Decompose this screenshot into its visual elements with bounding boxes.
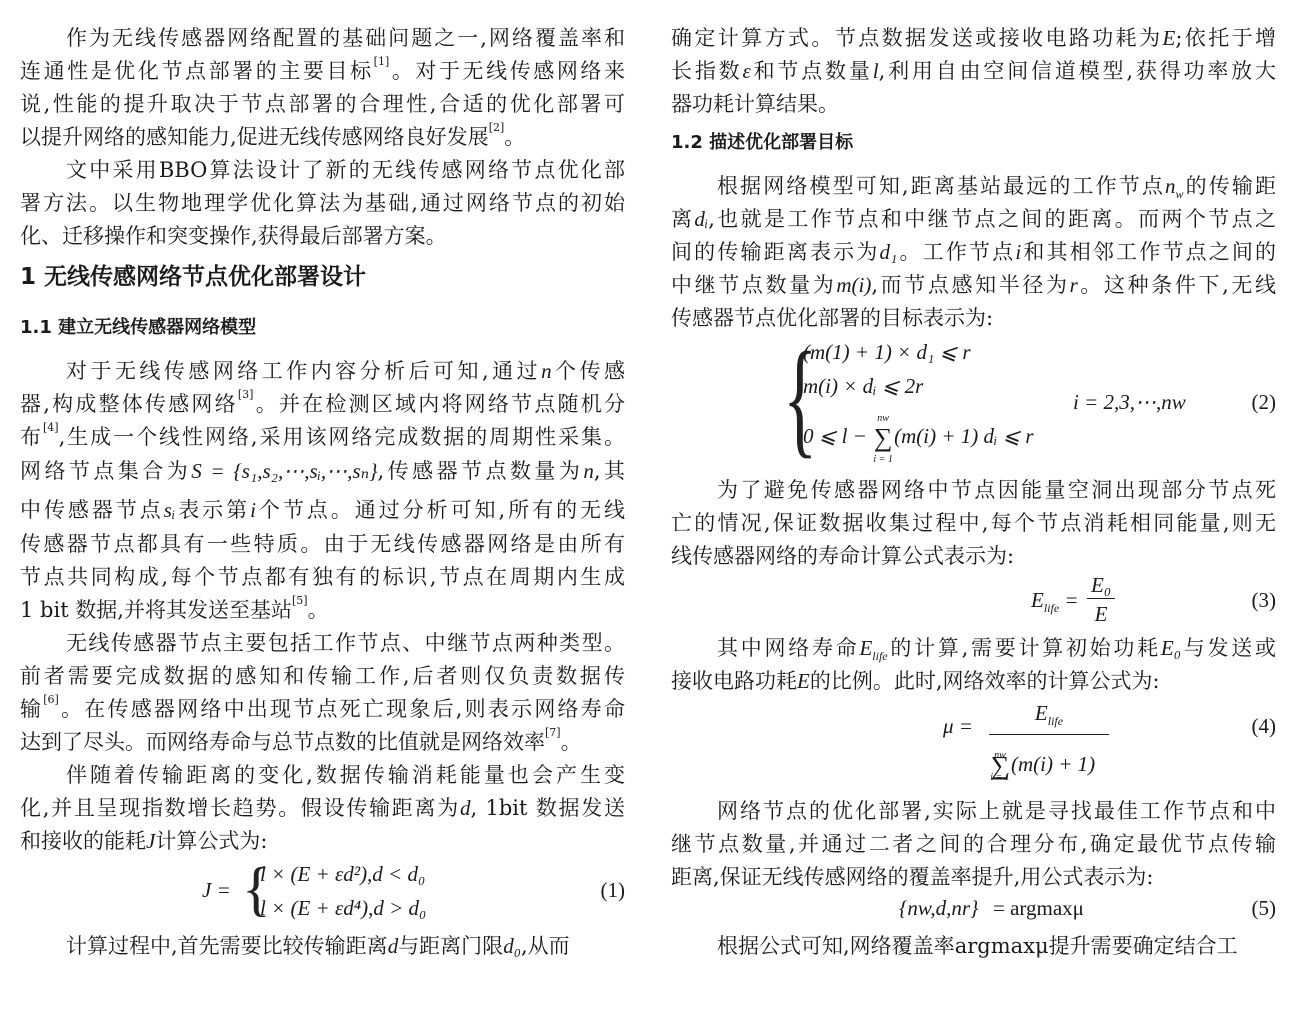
citation-6[interactable]: [6] — [43, 693, 59, 706]
intro-para-1-line-3: 说,性能的提升取决于节点部署的合理性,合适的优化部署可 — [20, 88, 625, 121]
para-1-2-c-line-1: 其中网络寿命Elife的计算,需要计算初始功耗E₀与发送或 — [671, 632, 1276, 665]
para-1-1-a-line-4: 网络节点集合为S = {s₁,s₂,⋯,sᵢ,⋯,sₙ},传感器节点数量为n,其 — [20, 455, 625, 488]
equation-2-row-1: (m(1) + 1) × d₁ ⩽ r — [803, 340, 971, 365]
intro-para-1-line-2: 连通性是优化节点部署的主要目标[1]。对于无线传感网络来 — [20, 55, 625, 88]
section-1-heading: 1 无线传感网络节点优化部署设计 — [20, 261, 366, 293]
citation-1[interactable]: [1] — [374, 55, 390, 68]
equation-5-number: (5) — [1252, 896, 1277, 921]
intro-para-2-line-3: 化、迁移操作和突变操作,获得最后部署方案。 — [20, 220, 625, 253]
para-1-2-d-line-3: 距离,保证无线传感网络的覆盖率提升,用公式表示为: — [671, 861, 1276, 894]
citation-4[interactable]: [4] — [43, 421, 59, 434]
para-1-2-a-line-3: 间的传输距离表示为d₁。工作节点i和其相邻工作节点之间的 — [671, 236, 1276, 269]
intro-para-2-line-1: 文中采用BBO算法设计了新的无线传感网络节点优化部 — [20, 154, 625, 187]
summation-icon: nw∑i = 1 — [872, 425, 894, 451]
para-1-1-b-line-1: 无线传感器节点主要包括工作节点、中继节点两种类型。 — [20, 627, 625, 660]
para-cont-line-2: 长指数ε和节点数量l,利用自由空间信道模型,获得功率放大 — [671, 55, 1276, 88]
equation-3-number: (3) — [1252, 588, 1277, 613]
intro-para-1-line-4: 以提升网络的感知能力,促进无线传感网络良好发展[2]。 — [20, 121, 625, 154]
para-1-1-a-line-7: 节点共同构成,每个节点都有独有的标识,节点在周期内生成 — [20, 561, 625, 594]
citation-7[interactable]: [7] — [545, 726, 561, 739]
equation-3-lhs: Elife = — [1031, 588, 1079, 616]
para-1-1-b-line-2: 前者需要完成数据的感知和传输工作,后者则仅负责数据传 — [20, 660, 625, 693]
equation-2-number: (2) — [1252, 390, 1277, 415]
equation-3: Elife = E₀E (3) — [671, 572, 1276, 632]
para-1-1-b-line-3: 输[6]。在传感器网络中出现节点死亡现象后,则表示网络寿命 — [20, 693, 625, 726]
equation-2: { (m(1) + 1) × d₁ ⩽ r m(i) × dᵢ ⩽ 2r 0 ⩽… — [671, 336, 1276, 471]
para-1-1-d-line-1: 计算过程中,首先需要比较传输距离d与距离门限d₀,从而 — [20, 930, 625, 963]
equation-2-row-2: m(i) × dᵢ ⩽ 2r — [803, 374, 923, 399]
equation-4-fraction: Elife nw∑i = 1(m(i) + 1) — [989, 700, 1109, 779]
equation-5: {nw,d,nr} = argmaxμ (5) — [671, 894, 1276, 930]
para-1-1-c-line-1: 伴随着传输距离的变化,数据传输消耗能量也会产生变 — [20, 759, 625, 792]
para-1-2-b-line-2: 亡的情况,保证数据收集过程中,每个节点消耗相同能量,则无 — [671, 507, 1276, 540]
section-1-2-heading: 1.2 描述优化部署目标 — [671, 129, 853, 157]
equation-4: μ = Elife nw∑i = 1(m(i) + 1) (4) — [671, 700, 1276, 790]
equation-1: J = { l × (E + εd²),d < d₀ l × (E + εd⁴)… — [20, 858, 625, 928]
equation-2-row-3: 0 ⩽ l − nw∑i = 1(m(i) + 1) dᵢ ⩽ r — [803, 424, 1034, 451]
para-cont-line-3: 器功耗计算结果。 — [671, 88, 1276, 121]
para-1-1-a-line-2: 器,构成整体传感网络[3]。并在检测区域内将网络节点随机分 — [20, 388, 625, 421]
para-1-2-d-line-1: 网络节点的优化部署,实际上就是寻找最佳工作节点和中 — [671, 795, 1276, 828]
set-formula: S = {s₁,s₂,⋯,sᵢ,⋯,sₙ} — [191, 459, 377, 483]
para-1-2-a-line-2: 离dᵢ,也就是工作节点和中继节点之间的距离。而两个节点之 — [671, 203, 1276, 236]
equation-5-lhs: {nw,d,nr} — [899, 896, 978, 921]
equation-4-lhs: μ = — [943, 714, 973, 739]
equation-2-condition: i = 2,3,⋯,nw — [1073, 390, 1186, 415]
equation-4-number: (4) — [1252, 714, 1277, 739]
para-1-1-a-line-1: 对于无线传感网络工作内容分析后可知,通过n个传感 — [20, 355, 625, 388]
intro-para-2-line-2: 署方法。以生物地理学优化算法为基础,通过网络节点的初始 — [20, 187, 625, 220]
equation-1-number: (1) — [601, 878, 626, 903]
equation-5-rhs: = argmaxμ — [993, 896, 1084, 921]
para-1-1-a-line-5: 中传感器节点sᵢ表示第i个节点。通过分析可知,所有的无线 — [20, 494, 625, 527]
equation-1-case-2: l × (E + εd⁴),d > d₀ — [260, 896, 426, 921]
para-1-1-a-line-3: 布[4],生成一个线性网络,采用该网络完成数据的周期性采集。 — [20, 421, 625, 454]
para-1-2-a-line-5: 传感器节点优化部署的目标表示为: — [671, 302, 1276, 335]
para-1-2-a-line-4: 中继节点数量为m(i),而节点感知半径为r。这种条件下,无线 — [671, 269, 1276, 302]
equation-3-fraction: E₀E — [1087, 572, 1115, 629]
citation-3[interactable]: [3] — [238, 388, 254, 401]
citation-5[interactable]: [5] — [292, 594, 308, 607]
section-1-1-heading: 1.1 建立无线传感器网络模型 — [20, 314, 256, 342]
para-1-1-a-line-6: 传感器节点都具有一些特质。由于无线传感器网络是由所有 — [20, 528, 625, 561]
para-1-1-a-line-8: 1 bit 数据,并将其发送至基站[5]。 — [20, 594, 625, 627]
para-1-2-e-line-1: 根据公式可知,网络覆盖率argmaxμ提升需要确定结合工 — [671, 930, 1276, 963]
citation-2[interactable]: [2] — [489, 121, 505, 134]
para-1-2-d-line-2: 继节点数量,并通过二者之间的合理分布,确定最优节点传输 — [671, 828, 1276, 861]
para-1-2-b-line-1: 为了避免传感器网络中节点因能量空洞出现部分节点死 — [671, 474, 1276, 507]
para-1-2-c-line-2: 接收电路功耗E的比例。此时,网络效率的计算公式为: — [671, 665, 1276, 698]
para-1-1-c-line-3: 和接收的能耗J计算公式为: — [20, 825, 625, 858]
para-cont-line-1: 确定计算方式。节点数据发送或接收电路功耗为E;依托于增 — [671, 22, 1276, 55]
para-1-1-c-line-2: 化,并且呈现指数增长趋势。假设传输距离为d, 1bit 数据发送 — [20, 792, 625, 825]
equation-1-lhs: J = — [202, 878, 231, 903]
para-1-2-a-line-1: 根据网络模型可知,距离基站最远的工作节点nw的传输距 — [671, 170, 1276, 203]
para-1-1-b-line-4: 达到了尽头。而网络寿命与总节点数的比值就是网络效率[7]。 — [20, 726, 625, 759]
equation-1-case-1: l × (E + εd²),d < d₀ — [260, 862, 425, 887]
intro-para-1-line-1: 作为无线传感器网络配置的基础问题之一,网络覆盖率和 — [20, 22, 625, 55]
para-1-2-b-line-3: 线传感器网络的寿命计算公式表示为: — [671, 540, 1276, 573]
summation-icon: nw∑i = 1 — [989, 753, 1011, 779]
